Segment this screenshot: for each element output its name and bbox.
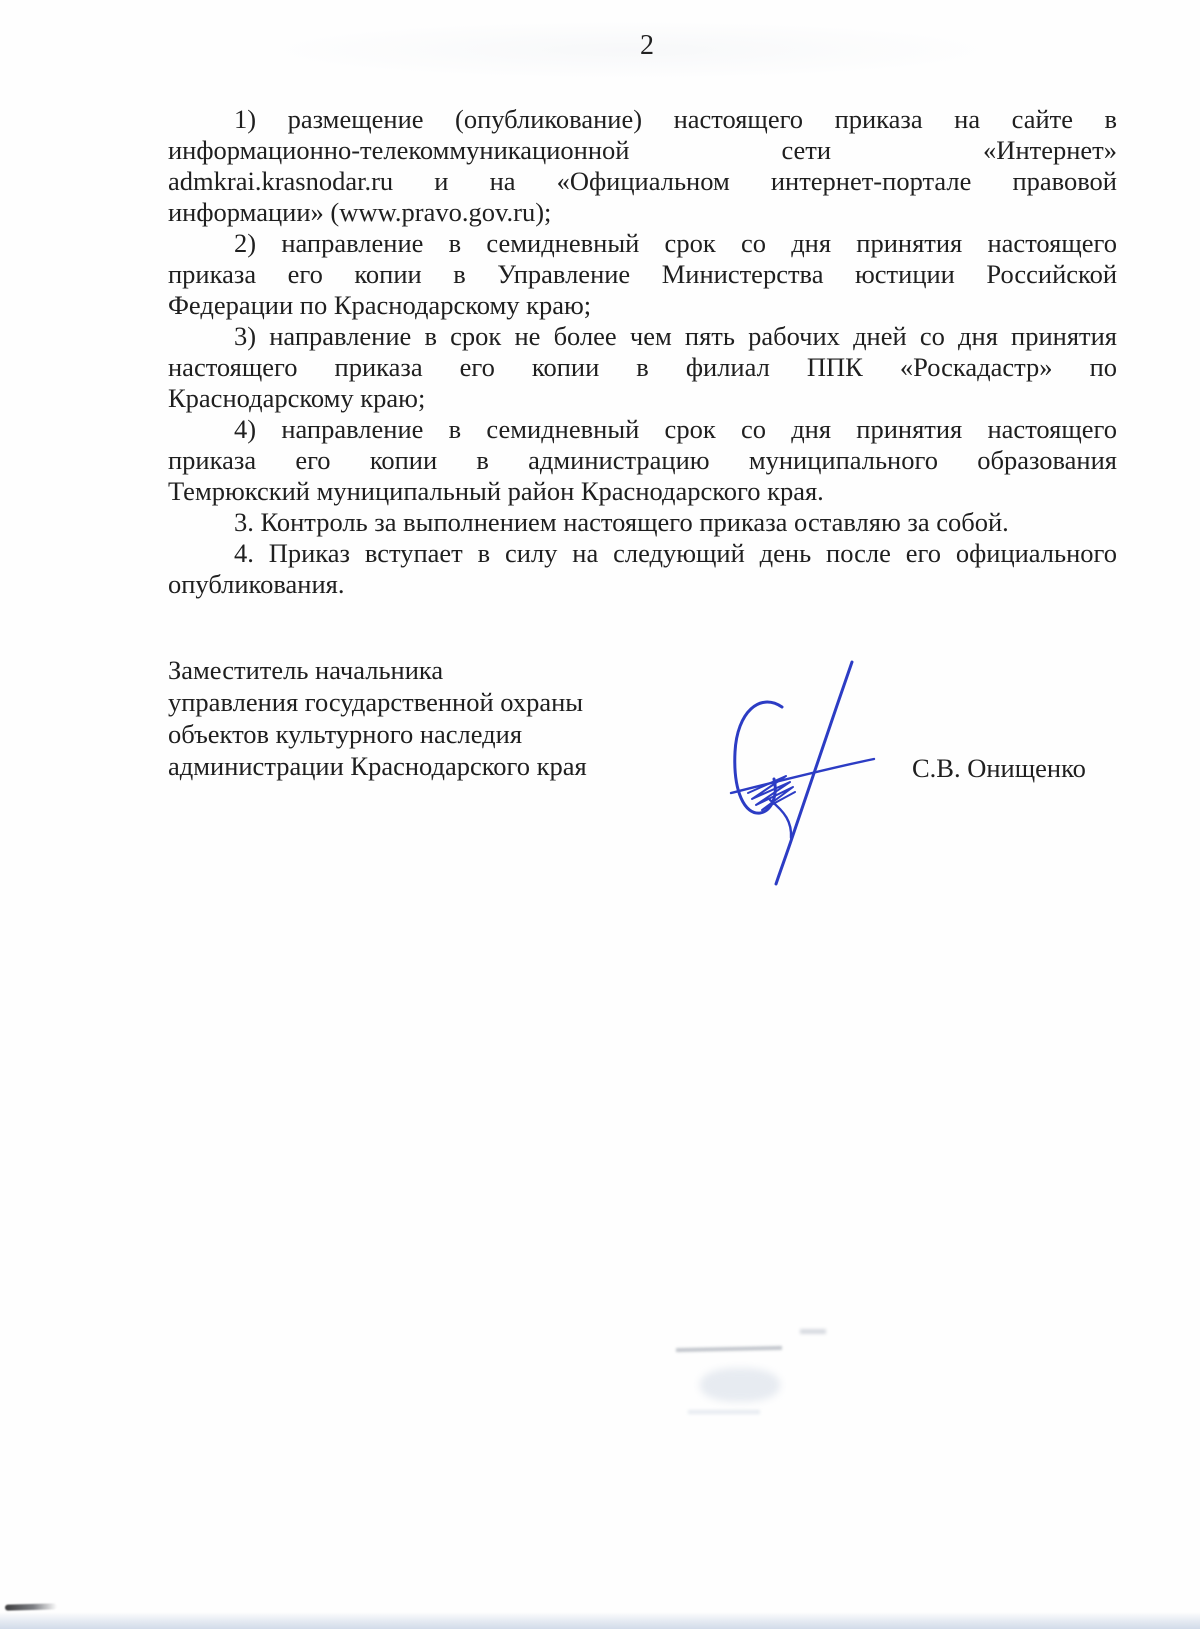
- signoff-title-block: Заместитель начальника управления госуда…: [168, 654, 648, 782]
- document-page: 2 1) размещение (опубликование) настояще…: [0, 0, 1200, 1629]
- scan-artifact-top-smudge: [250, 20, 1010, 80]
- paragraph-line: настоящего приказа его копии в филиал ПП…: [168, 352, 1117, 383]
- paragraph-line: приказа его копии в администрацию муници…: [168, 445, 1117, 476]
- signoff-title-line: управления государственной охраны: [168, 686, 648, 718]
- paragraph-line: приказа его копии в Управление Министерс…: [168, 259, 1117, 290]
- paragraph-line: 4) направление в семидневный срок со дня…: [168, 414, 1117, 445]
- signoff-name: С.В. Онищенко: [912, 753, 1086, 784]
- paragraph-line: Федерации по Краснодарскому краю;: [168, 290, 1117, 321]
- signature-strokes: [731, 662, 874, 884]
- paragraph-1: 1) размещение (опубликование) настоящего…: [168, 104, 1117, 228]
- paragraph-line: опубликования.: [168, 569, 1117, 600]
- paragraph-3: 3) направление в срок не более чем пять …: [168, 321, 1117, 414]
- signoff-title-line: администрации Краснодарского края: [168, 750, 648, 782]
- paragraph-line: 2) направление в семидневный срок со дня…: [168, 228, 1117, 259]
- paragraph-4: 4) направление в семидневный срок со дня…: [168, 414, 1117, 507]
- document-body: 1) размещение (опубликование) настоящего…: [168, 104, 1117, 600]
- paragraph-line: 1) размещение (опубликование) настоящего…: [168, 104, 1117, 135]
- paragraph-line: admkrai.krasnodar.ru и на «Официальном и…: [168, 166, 1117, 197]
- scan-artifact-streak: [5, 1603, 57, 1610]
- paragraph-line: информации» (www.pravo.gov.ru);: [168, 197, 1117, 228]
- scan-artifact-bleedthrough: [800, 1329, 826, 1334]
- paragraph-line: Краснодарскому краю;: [168, 383, 1117, 414]
- paragraph-6: 4. Приказ вступает в силу на следующий д…: [168, 538, 1117, 600]
- page-number: 2: [640, 30, 654, 62]
- signoff-title-line: Заместитель начальника: [168, 654, 648, 686]
- paragraph-line: 3) направление в срок не более чем пять …: [168, 321, 1117, 352]
- paragraph-line: Темрюкский муниципальный район Краснодар…: [168, 476, 1117, 507]
- paragraph-line: информационно-телекоммуникационной сети …: [168, 135, 1117, 166]
- paragraph-line: 3. Контроль за выполнением настоящего пр…: [168, 507, 1117, 538]
- signoff-title-line: объектов культурного наследия: [168, 718, 648, 750]
- scan-artifact-bottom-band: [0, 1612, 1200, 1629]
- paragraph-line: 4. Приказ вступает в силу на следующий д…: [168, 538, 1117, 569]
- scan-artifact-bleedthrough: [700, 1368, 780, 1402]
- handwritten-signature: [680, 645, 890, 890]
- paragraph-2: 2) направление в семидневный срок со дня…: [168, 228, 1117, 321]
- scan-artifact-bleedthrough: [676, 1346, 782, 1352]
- paragraph-5: 3. Контроль за выполнением настоящего пр…: [168, 507, 1117, 538]
- scan-artifact-bleedthrough: [688, 1410, 760, 1414]
